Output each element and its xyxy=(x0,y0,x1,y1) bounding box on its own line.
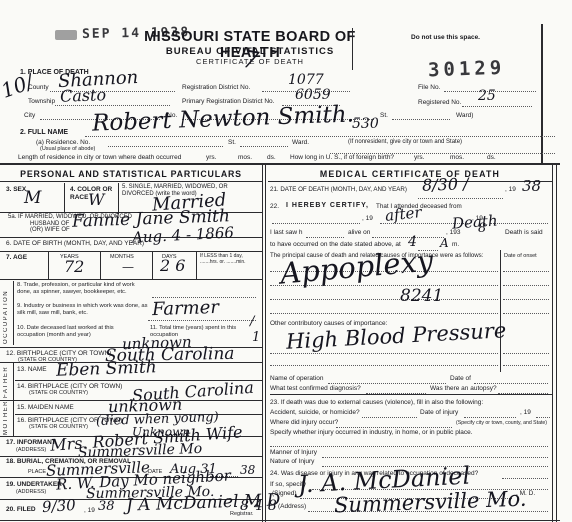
dotted-line xyxy=(270,441,548,447)
right-border xyxy=(556,163,557,522)
column-divider xyxy=(262,163,263,522)
undertaker-address-label: (ADDRESS) xyxy=(16,489,46,495)
file-number-stamp: 30129 xyxy=(428,57,506,82)
autopsy-label: Was there an autopsy? xyxy=(430,385,497,392)
age-years-value-hw: 72 xyxy=(64,257,84,276)
heading-underline xyxy=(0,181,262,182)
residence-st-label: St. xyxy=(228,139,236,146)
father-side-label: FATHER xyxy=(3,366,9,398)
dotted-line xyxy=(240,141,288,147)
date-of-death-label: 21. DATE OF DEATH (MONTH, DAY, AND YEAR) xyxy=(270,186,407,193)
father-birthplace-label: 14. BIRTHPLACE (CITY OR TOWN) xyxy=(17,383,122,390)
dotted-line xyxy=(272,218,360,224)
dotted-line xyxy=(503,360,549,366)
residence-label: (a) Residence. No. xyxy=(36,139,90,146)
onset-column-divider xyxy=(500,250,501,372)
stamp-smudge xyxy=(55,30,77,40)
death-is-said-label: Death is said xyxy=(505,229,543,236)
dotted-line xyxy=(148,315,256,321)
dotted-line xyxy=(55,100,170,106)
row-line xyxy=(0,279,262,280)
industry-label: 9. Industry or business in which work wa… xyxy=(17,303,149,317)
death-certificate-scan: SEP 14 1938 MISSOURI STATE BOARD OF HEAL… xyxy=(0,0,572,522)
dotted-line xyxy=(108,141,223,147)
burial-year-hw: 38 xyxy=(240,463,255,477)
handwritten-check-mark: 7 xyxy=(241,45,261,75)
mos2-label: mos. xyxy=(450,154,464,161)
nature-of-injury-label: Nature of Injury xyxy=(270,458,314,465)
cell-divider xyxy=(100,251,101,279)
dotted-line xyxy=(490,218,548,224)
dotted-line xyxy=(536,412,550,418)
mother-name-label: 15. MAIDEN NAME xyxy=(17,404,74,411)
father-name-label: 13. NAME xyxy=(17,366,47,373)
filed-label: 20. FILED xyxy=(6,506,36,513)
dotted-line xyxy=(336,422,452,428)
birthplace-label: 12. BIRTHPLACE (CITY OR TOWN) xyxy=(6,350,111,357)
full-name-note-hw: 530 xyxy=(352,116,379,132)
dotted-line xyxy=(462,101,532,107)
ds2-label: ds. xyxy=(487,154,496,161)
alive-on-label: alive on xyxy=(348,229,370,236)
city-label: City xyxy=(24,112,35,119)
spouse-wife-label: (OR) WIFE OF xyxy=(30,227,70,233)
section-divider-line xyxy=(0,163,560,165)
dotted-line xyxy=(270,308,498,314)
row-line xyxy=(270,394,552,395)
dotted-line xyxy=(270,348,498,354)
injury-date-label: Date of injury xyxy=(420,409,458,416)
last-saw-label: I last saw h xyxy=(270,229,303,236)
race-value-hw: W xyxy=(88,190,104,209)
mother-bracket xyxy=(13,400,14,436)
yrs-label: yrs. xyxy=(206,154,216,161)
city-st-label: St. xyxy=(380,112,388,119)
last-worked-label: 10. Date deceased last worked at this oc… xyxy=(17,325,135,339)
dotted-line xyxy=(362,412,417,418)
cell-divider xyxy=(118,183,119,212)
certify-number: 22. xyxy=(270,203,279,210)
township-label: Township xyxy=(28,98,55,105)
ds-label: ds. xyxy=(267,154,276,161)
dotted-line xyxy=(418,193,503,199)
father-name-value-hw: Eben Smith xyxy=(56,357,157,381)
right-border xyxy=(552,163,553,522)
death-hw: Death xyxy=(451,211,498,232)
dotted-line xyxy=(474,378,548,384)
trade-label: 8. Trade, profession, or particular kind… xyxy=(17,282,149,296)
foreign-birth-label: How long in U. S., if of foreign birth? xyxy=(290,154,394,161)
dod-year-print: , 19 xyxy=(505,186,516,193)
medical-heading: MEDICAL CERTIFICATE OF DEATH xyxy=(268,169,552,179)
city-ward-label: Ward) xyxy=(456,112,473,119)
abode-label: (Usual place of abode) xyxy=(40,146,95,152)
certify-bold-label: I HEREBY CERTIFY, xyxy=(286,202,369,209)
ampm-hw: A xyxy=(440,236,449,250)
dotted-line xyxy=(328,378,446,384)
occupation-mark-hw: / xyxy=(250,314,254,329)
specify-city-label: (Specify city or town, county, and State… xyxy=(456,420,547,426)
dotted-line xyxy=(270,360,498,366)
age-less-than-label: If LESS than 1 day, .......hrs. or. ....… xyxy=(200,253,260,265)
father-bracket xyxy=(13,362,14,400)
filed-year-print: , 19 xyxy=(84,507,95,514)
bottom-line xyxy=(0,520,560,521)
manner-of-injury-label: Manner of Injury xyxy=(270,449,317,456)
informant-address-label: (ADDRESS) xyxy=(16,447,46,453)
father-birthplace-state-label: (STATE OR COUNTRY) xyxy=(29,390,88,396)
specify-where-label: Specify whether injury occurred in indus… xyxy=(270,429,473,436)
external-causes-label: 23. If death was due to external causes … xyxy=(270,399,483,406)
accident-label: Accident, suicide, or homicide? xyxy=(270,409,360,416)
age-days-value-hw: 2 6 xyxy=(160,256,185,275)
occupation-side-label: OCCUPATION xyxy=(3,286,9,344)
occupation-bracket xyxy=(13,281,14,345)
dod-year-hw: 38 xyxy=(522,177,541,195)
do-not-use-label: Do not use this space. xyxy=(368,34,523,41)
date-of-label: Date of xyxy=(450,375,471,382)
certify-19a: , 19 xyxy=(362,215,373,222)
cause-code-hw: 8241 xyxy=(400,286,443,306)
injury-19-label: , 19 xyxy=(520,409,531,416)
test-label: What test confirmed diagnosis? xyxy=(270,385,361,392)
where-injury-label: Where did injury occur? xyxy=(270,419,338,426)
row-line xyxy=(0,251,262,252)
signed-label: (Signed) xyxy=(272,490,297,497)
dotted-line xyxy=(464,412,516,418)
dotted-line xyxy=(85,131,555,137)
nonresident-label: (If nonresident, give city or town and S… xyxy=(348,139,462,145)
informant-label: 17. INFORMANT xyxy=(6,439,56,446)
registration-district-label: Registration District No. xyxy=(182,84,250,91)
occupation-mark-hw: 1 xyxy=(252,330,260,345)
registered-no-label: Registered No. xyxy=(418,99,461,106)
dob-value-hw: Aug. 4 - 1866 xyxy=(132,223,235,246)
cell-divider xyxy=(152,251,153,279)
dotted-line xyxy=(306,232,344,238)
m-label: m. xyxy=(452,241,459,248)
age-months-value-hw: — xyxy=(122,260,134,274)
column-divider xyxy=(265,163,266,522)
undertaker-label: 19. UNDERTAKER xyxy=(6,481,62,488)
dotted-line xyxy=(502,473,548,479)
length-residence-label: Length of residence in city or town wher… xyxy=(18,154,181,161)
date-of-death-value-hw: 8/30 / xyxy=(422,174,469,195)
dotted-line xyxy=(503,294,549,300)
dotted-line xyxy=(392,114,450,120)
row-line xyxy=(0,456,262,457)
dob-label: 6. DATE OF BIRTH (MONTH, DAY, AND YEAR) xyxy=(6,240,144,247)
dotted-line xyxy=(503,280,549,286)
residence-ward-label: Ward. xyxy=(292,139,309,146)
mother-birthplace-state-label: (STATE OR COUNTRY) xyxy=(29,424,88,430)
date-of-onset-label: Date of onset xyxy=(504,253,537,259)
address-label: (Address) xyxy=(278,503,306,510)
full-name-label: 2. FULL NAME xyxy=(20,129,68,136)
dotted-line xyxy=(503,308,549,314)
age-label: 7. AGE xyxy=(6,254,27,261)
code-hw: 848 xyxy=(240,498,282,514)
page-right-edge-top xyxy=(541,24,543,164)
header-divider xyxy=(352,28,353,70)
yrs2-label: yrs. xyxy=(414,154,424,161)
personal-heading: PERSONAL AND STATISTICAL PARTICULARS xyxy=(0,169,262,179)
dotted-line xyxy=(322,452,548,458)
after-hw: after xyxy=(384,203,422,225)
mother-side-label: MOTHER xyxy=(3,403,9,435)
cell-divider xyxy=(48,251,49,279)
dotted-line xyxy=(503,266,549,272)
filed-year-hw: 38 xyxy=(98,499,115,514)
sex-value-hw: M xyxy=(24,188,41,208)
county-label: County xyxy=(28,84,49,91)
heading-underline xyxy=(268,181,552,182)
cell-divider xyxy=(196,251,197,279)
dotted-line xyxy=(270,294,498,300)
registration-district-value-hw: 1077 xyxy=(288,72,324,88)
dotted-line xyxy=(503,348,549,354)
cell-divider xyxy=(64,183,65,212)
file-no-label: File No. xyxy=(418,84,440,91)
filed-date-hw: 9/30 xyxy=(41,496,76,516)
burial-place-label: PLACE xyxy=(28,469,46,475)
mos-label: mos. xyxy=(238,154,252,161)
operation-label: Name of operation xyxy=(270,375,323,382)
